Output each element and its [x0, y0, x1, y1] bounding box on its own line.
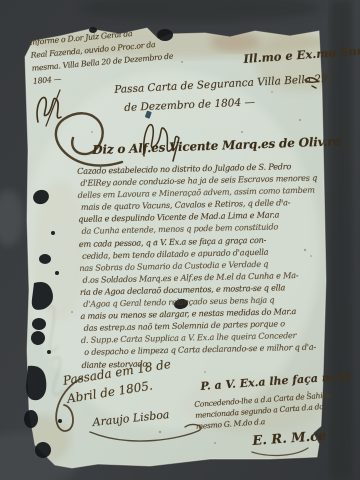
manuscript-photo: Informe o D.or Juiz Geral da Real Fazend…	[0, 0, 360, 480]
petition-body: Cazado estabelecido no distrito do Julga…	[77, 160, 321, 371]
backdrop-fold-shadow	[330, 0, 352, 480]
